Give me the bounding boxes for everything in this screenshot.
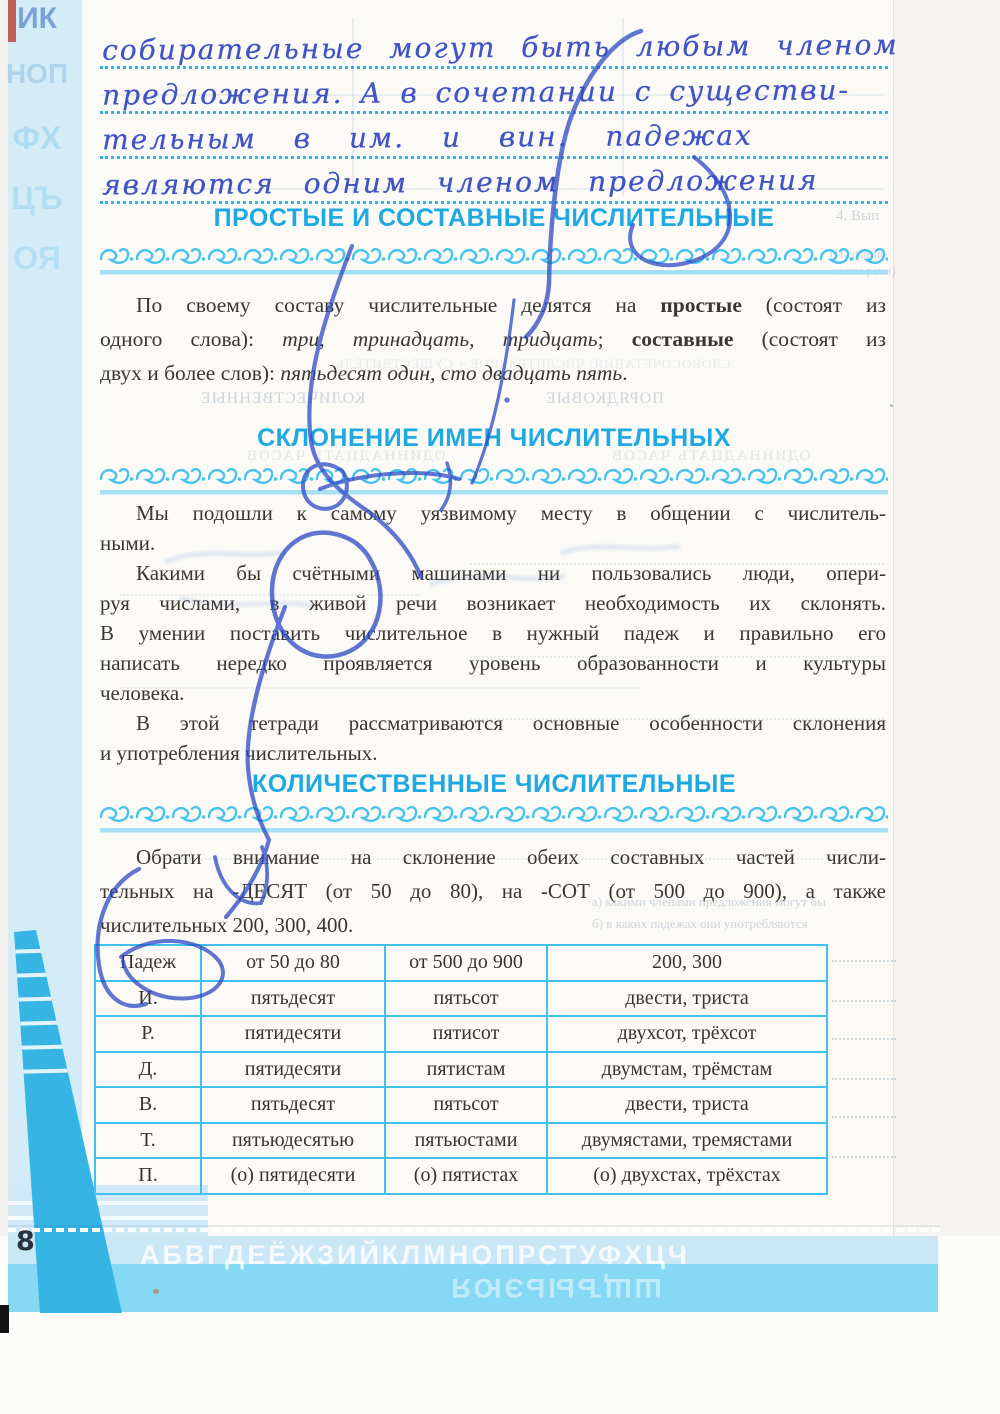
page-fold-shadow [8,1225,940,1227]
table-cell: пятидесяти [201,1052,385,1088]
margin-tab-letter: ЦЪ [0,180,74,217]
paragraph-attention-note: Обрати внимание на склонение обеих соста… [100,840,886,942]
body-line: В этой тетради рассматриваются основные … [100,708,886,738]
body-text-bold: составные [632,327,734,351]
table-cell: Р. [95,1016,201,1052]
body-text: ; [598,327,632,351]
body-line: написать нередко проявляется уровень обр… [100,648,886,678]
bleedthrough-mirrored-word: ПОРЯДКОВЫЕ [545,390,664,408]
table-row: Р.пятидесятипятисотдвухсот, трёхсот [95,1016,827,1052]
paragraph-composition: По своему составу числительные делятся н… [100,288,886,390]
body-line: тельных на -ДЕСЯТ (от 50 до 80), на -СОТ… [100,874,886,908]
body-line: Обрати внимание на склонение обеих соста… [100,840,886,874]
cover-alphabet-row: АБВГДЕЁЖЗИЙКЛМНОПРСТУФХЦЧ [140,1240,930,1271]
body-text: (состоят из [742,293,886,317]
table-cell: пятьсот [385,1087,547,1123]
table-cell: двумястами, тремястами [547,1123,827,1159]
ruled-dotted-line: тельным в им. и вин. падежах [100,114,888,159]
ornamental-border [100,466,888,496]
scanned-workbook-page: ИК НОП ФХ ЦЪ ОЯ 4. Вып (Название части р… [0,0,1000,1414]
table-cell: пятистам [385,1052,547,1088]
body-line: По своему составу числительные делятся н… [100,288,886,322]
cover-stripe [8,1201,208,1205]
page-number: 8 [16,1226,35,1257]
table-header-200-300: 200, 300 [547,945,827,981]
table-header-row: Падеж от 50 до 80 от 500 до 900 200, 300 [95,945,827,981]
bleedthrough-dotted-line [832,1078,896,1080]
paragraph-declension-intro: Мы подошли к самому уязвимому месту в об… [100,498,886,768]
margin-tab-letter: ОЯ [0,240,74,277]
cover-alphabet-row-flipped: ШЩЪЫЬЭЮЯ [390,1272,720,1303]
body-text-italic: три, тринадцать, тридцать [282,327,597,351]
body-line: Какими бы счётными машинами ни пользовал… [100,558,886,588]
bleedthrough-mirrored-word: КОЛИЧЕСТВЕННЫЕ [200,390,365,408]
table-row: Т.пятьюдесятьюпятьюстамидвумястами, трем… [95,1123,827,1159]
body-text: двух и более слов): [100,361,280,385]
ruled-dotted-line: собирательные могут быть любым членом [100,24,888,69]
paper-speck [153,1289,159,1294]
body-text: одного слова): [100,327,282,351]
table-cell: пятисот [385,1016,547,1052]
table-cell: пятьсот [385,981,547,1017]
declension-table: Падеж от 50 до 80 от 500 до 900 200, 300… [94,944,828,1195]
table-cell: В. [95,1087,201,1123]
table-row: В.пятьдесятпятьсотдвести, триста [95,1087,827,1123]
table-header-500-900: от 500 до 900 [385,945,547,981]
body-text-bold: простые [660,293,742,317]
table-cell: пятьюстами [385,1123,547,1159]
scan-black-notch [0,1305,9,1333]
page-right-edge [893,0,1000,1236]
table-cell: (о) двухстах, трёхстах [547,1158,827,1194]
table-cell: П. [95,1158,201,1194]
body-text-italic: пятьдесят один, сто двадцать пять [280,361,622,385]
bleedthrough-dotted-line [832,1116,896,1118]
table-cell: пятидесяти [201,1016,385,1052]
section-heading-cardinal: КОЛИЧЕСТВЕННЫЕ ЧИСЛИТЕЛЬНЫЕ [100,770,888,799]
bleedthrough-dotted-line [832,1156,896,1158]
handwritten-text: собирательные могут быть любым членом [102,28,899,67]
table-cell: Д. [95,1052,201,1088]
margin-tab-letter: ИК [0,2,74,36]
margin-tab-letter: НОП [0,58,74,90]
table-cell: (о) пятидесяти [201,1158,385,1194]
table-cell: двухсот, трёхсот [547,1016,827,1052]
page-fold-dashed-line [8,1228,940,1232]
bleedthrough-dotted-line [832,960,896,962]
body-line: и употребления числительных. [100,738,886,768]
table-cell: двести, триста [547,1087,827,1123]
body-line: одного слова): три, тринадцать, тридцать… [100,322,886,356]
body-line: двух и более слов): пятьдесят один, сто … [100,356,886,390]
body-line: числительных 200, 300, 400. [100,908,886,942]
bleedthrough-dotted-line [832,1000,896,1002]
ornamental-border [100,804,888,834]
table-cell: двести, триста [547,981,827,1017]
table-header-case: Падеж [95,945,201,981]
cover-stripe [8,1216,208,1220]
body-text: По своему составу числительные делятся н… [136,293,660,317]
body-line: В умении поставить числительное в нужный… [100,618,886,648]
body-text: . [622,361,627,385]
table-row: П.(о) пятидесяти(о) пятистах(о) двухстах… [95,1158,827,1194]
table-cell: пятьюдесятью [201,1123,385,1159]
body-line: человека. [100,678,886,708]
table-cell: И. [95,981,201,1017]
body-line: руя числами, в живой речи возникает необ… [100,588,886,618]
ruled-dotted-line: предложения. А в сочетании с существи- [100,69,888,114]
paper-speck [890,404,893,407]
ornamental-border [100,246,888,276]
table-cell: Т. [95,1123,201,1159]
section-heading-declension: СКЛОНЕНИЕ ИМЕН ЧИСЛИТЕЛЬНЫХ [100,424,888,453]
body-line: ными. [100,528,886,558]
table-row: И.пятьдесятпятьсотдвести, триста [95,981,827,1017]
section-heading-simple-compound: ПРОСТЫЕ И СОСТАВНЫЕ ЧИСЛИТЕЛЬНЫЕ [100,204,888,233]
handwritten-text: тельным в им. и вин. падежах [102,119,753,157]
ruled-dotted-line: являются одним членом предложения [100,159,888,204]
body-line: Мы подошли к самому уязвимому месту в об… [100,498,886,528]
table-cell: пятьдесят [201,1087,385,1123]
body-text: (состоят из [733,327,886,351]
table-cell: (о) пятистах [385,1158,547,1194]
handwriting-block: собирательные могут быть любым членом пр… [100,24,888,204]
table-row: Д.пятидесятипятистамдвумстам, трёмстам [95,1052,827,1088]
bleedthrough-dotted-line [832,1038,896,1040]
table-cell: пятьдесят [201,981,385,1017]
margin-tab-letter: ФХ [0,120,74,157]
handwritten-text: предложения. А в сочетании с существи- [102,73,850,111]
table-cell: двумстам, трёмстам [547,1052,827,1088]
table-header-50-80: от 50 до 80 [201,945,385,981]
handwritten-text: являются одним членом предложения [102,163,819,201]
